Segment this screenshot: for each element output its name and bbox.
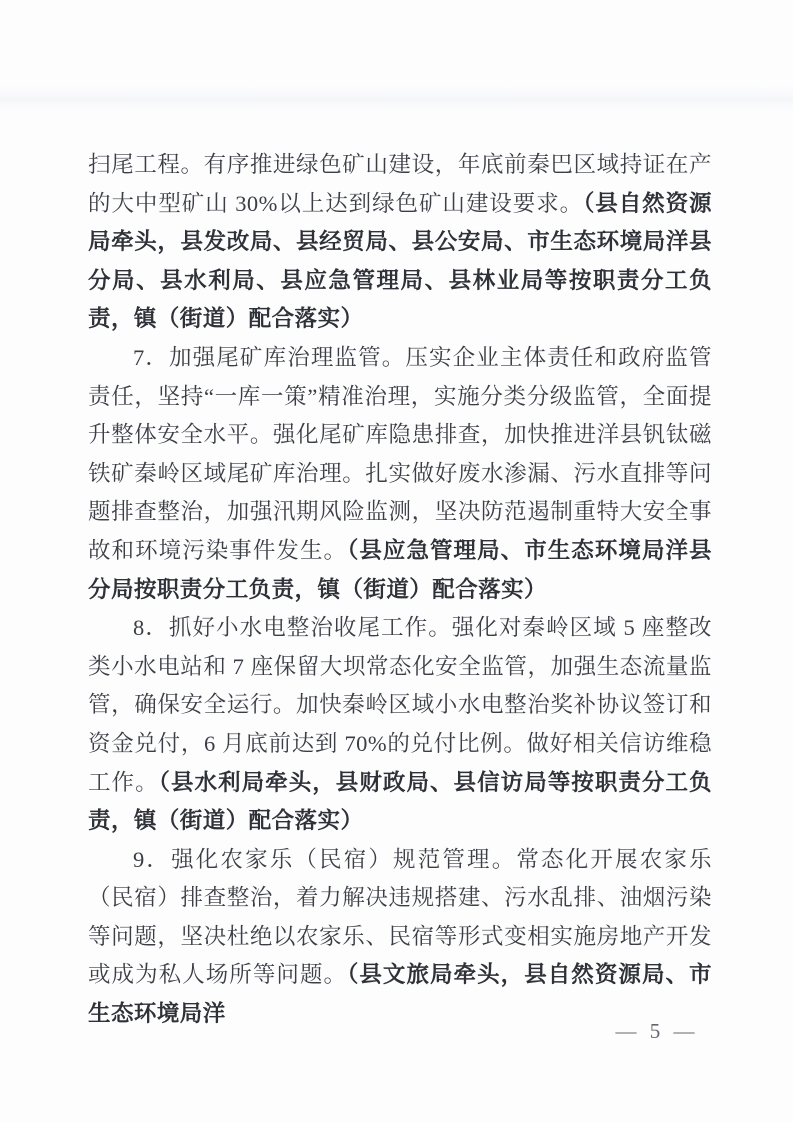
body-text: 7．加强尾矿库治理监管。压实企业主体责任和政府监管责任，坚持“一库一策”精准治理…: [88, 345, 712, 563]
page-number: — 5 —: [557, 1018, 757, 1044]
paragraph-8: 8．抓好小水电整治收尾工作。强化对秦岭区域 5 座整改类小水电站和 7 座保留大…: [88, 609, 712, 841]
paragraph-7: 7．加强尾矿库治理监管。压实企业主体责任和政府监管责任，坚持“一库一策”精准治理…: [88, 339, 712, 609]
document-page: 扫尾工程。有序推进绿色矿山建设，年底前秦巴区域持证在产的大中型矿山 30%以上达…: [0, 0, 793, 1122]
scan-noise-band: [0, 86, 793, 112]
responsible-departments-text: （县水利局牵头，县财政局、县信访局等按职责分工负责，镇（街道）配合落实）: [88, 770, 712, 834]
paragraph-9: 9．强化农家乐（民宿）规范管理。常态化开展农家乐（民宿）排查整治，着力解决违规搭…: [88, 841, 712, 1034]
body-text: 8．抓好小水电整治收尾工作。强化对秦岭区域 5 座整改类小水电站和 7 座保留大…: [88, 615, 712, 794]
paragraph-6-continuation: 扫尾工程。有序推进绿色矿山建设，年底前秦巴区域持证在产的大中型矿山 30%以上达…: [88, 146, 712, 339]
document-body: 扫尾工程。有序推进绿色矿山建设，年底前秦巴区域持证在产的大中型矿山 30%以上达…: [88, 146, 712, 1034]
